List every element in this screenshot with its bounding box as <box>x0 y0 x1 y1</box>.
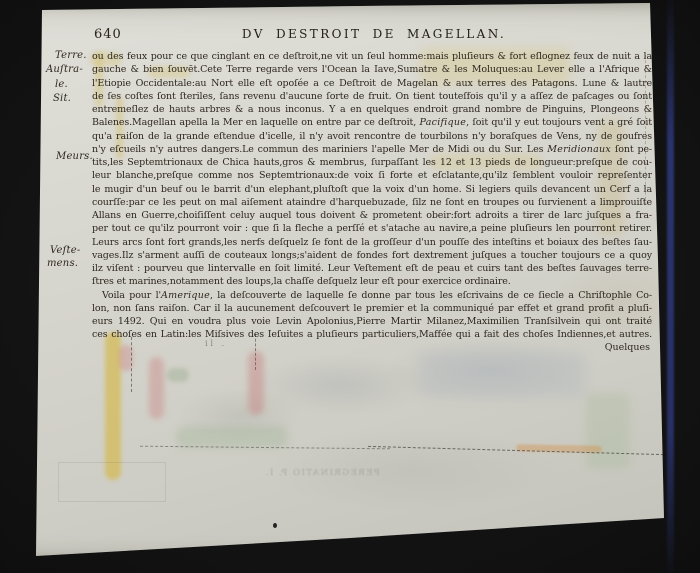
verso-frame-line-bottom2 <box>368 446 664 455</box>
text-line: de ſes coſtes ſont ſteriles, ſans revenu… <box>92 90 652 103</box>
text-line: ilz viſent : pourveu que lintervalle en … <box>92 262 652 275</box>
text-line: le mugir d'un beuf ou le barrit d'un ele… <box>92 183 652 196</box>
verso-cartouche-ghost <box>58 462 166 502</box>
text-line: n'y eſcueils n'y autres dangers.Le commu… <box>92 143 652 156</box>
sidenote-veste: Veſte- <box>50 245 80 256</box>
sidenote-mens: mens. <box>47 258 78 269</box>
text-line: entremeſlez de hauts arbres & a nous inc… <box>92 103 652 116</box>
running-title: DV DESTROIT DE MAGELLAN. <box>96 27 652 41</box>
sidenote-sit: Sit. <box>53 93 71 104</box>
text-line: Balenes.Magellan apella la Mer en laquel… <box>92 116 652 129</box>
ink-dot <box>273 523 277 528</box>
text-line: l'Etiopie Occidentale:au Nort elle eſt o… <box>92 77 652 90</box>
sidenote-meurs: Meurs. <box>56 151 93 162</box>
text-line: ſtres et marines,notamment des loups,la … <box>92 275 652 288</box>
text-line: vages.Ilz s'arment auſſi de couteaux lon… <box>92 249 652 262</box>
text-line: eurs 1492. Qui en voudra plus voie Levin… <box>92 315 652 328</box>
sidenote-le: le. <box>55 79 68 90</box>
text-line: courſſe:par ce les peut on mal aiſement … <box>92 196 652 209</box>
verso-frame-line-bottom1 <box>140 446 390 450</box>
paper-page: il . PEREGRINATIO P. I. 640 DV DESTROIT … <box>0 0 700 573</box>
sidenote-terre: Terre. <box>55 50 87 61</box>
stain-blue-wash <box>420 352 585 398</box>
text-line: leur blanche,preſque comme nos Septemtri… <box>92 169 652 182</box>
text-line: ou des feux pour ce que cinglant en ce d… <box>92 50 652 63</box>
catchword: Quelques <box>92 342 650 353</box>
verso-bleed-text: PEREGRINATIO P. I. <box>252 468 392 478</box>
photo-edge-light <box>667 0 674 573</box>
text-line: per tout ce qu'ilz pourront voir : que ſ… <box>92 222 652 235</box>
text-line: tits,les Septemtrionaux de Chica hauts,g… <box>92 156 652 169</box>
stain-pink-3 <box>248 351 264 415</box>
text-line: ces choſes en Latin:les Miſsives des Ieſ… <box>92 328 652 341</box>
stain-green-3 <box>586 393 630 469</box>
stain-yellow-stripe <box>105 332 121 480</box>
photo-background: il . PEREGRINATIO P. I. 640 DV DESTROIT … <box>0 0 700 573</box>
stain-green-1 <box>167 368 189 382</box>
text-line: lon, non ſans raiſon. Car il la aucuneme… <box>92 302 652 315</box>
text-line: Voila pour l'Amerique, la deſcouverte de… <box>92 289 652 302</box>
text-line: qu'a raiſon de la grande eſtendue d'icel… <box>92 130 652 143</box>
stain-pink-2 <box>149 357 164 419</box>
stain-green-2 <box>176 426 288 448</box>
text-line: gauche & bien ſouvēt.Cete Terre regarde … <box>92 63 652 76</box>
sidenote-austra: Auſtra- <box>46 64 83 75</box>
text-line: Leurs arcs ſont fort grands,les nerfs de… <box>92 236 652 249</box>
stain-orange-streak <box>516 444 602 452</box>
text-line: Allans en Guerre,choiſiſſent celuy auque… <box>92 209 652 222</box>
body-text: ou des feux pour ce que cinglant en ce d… <box>92 50 652 342</box>
